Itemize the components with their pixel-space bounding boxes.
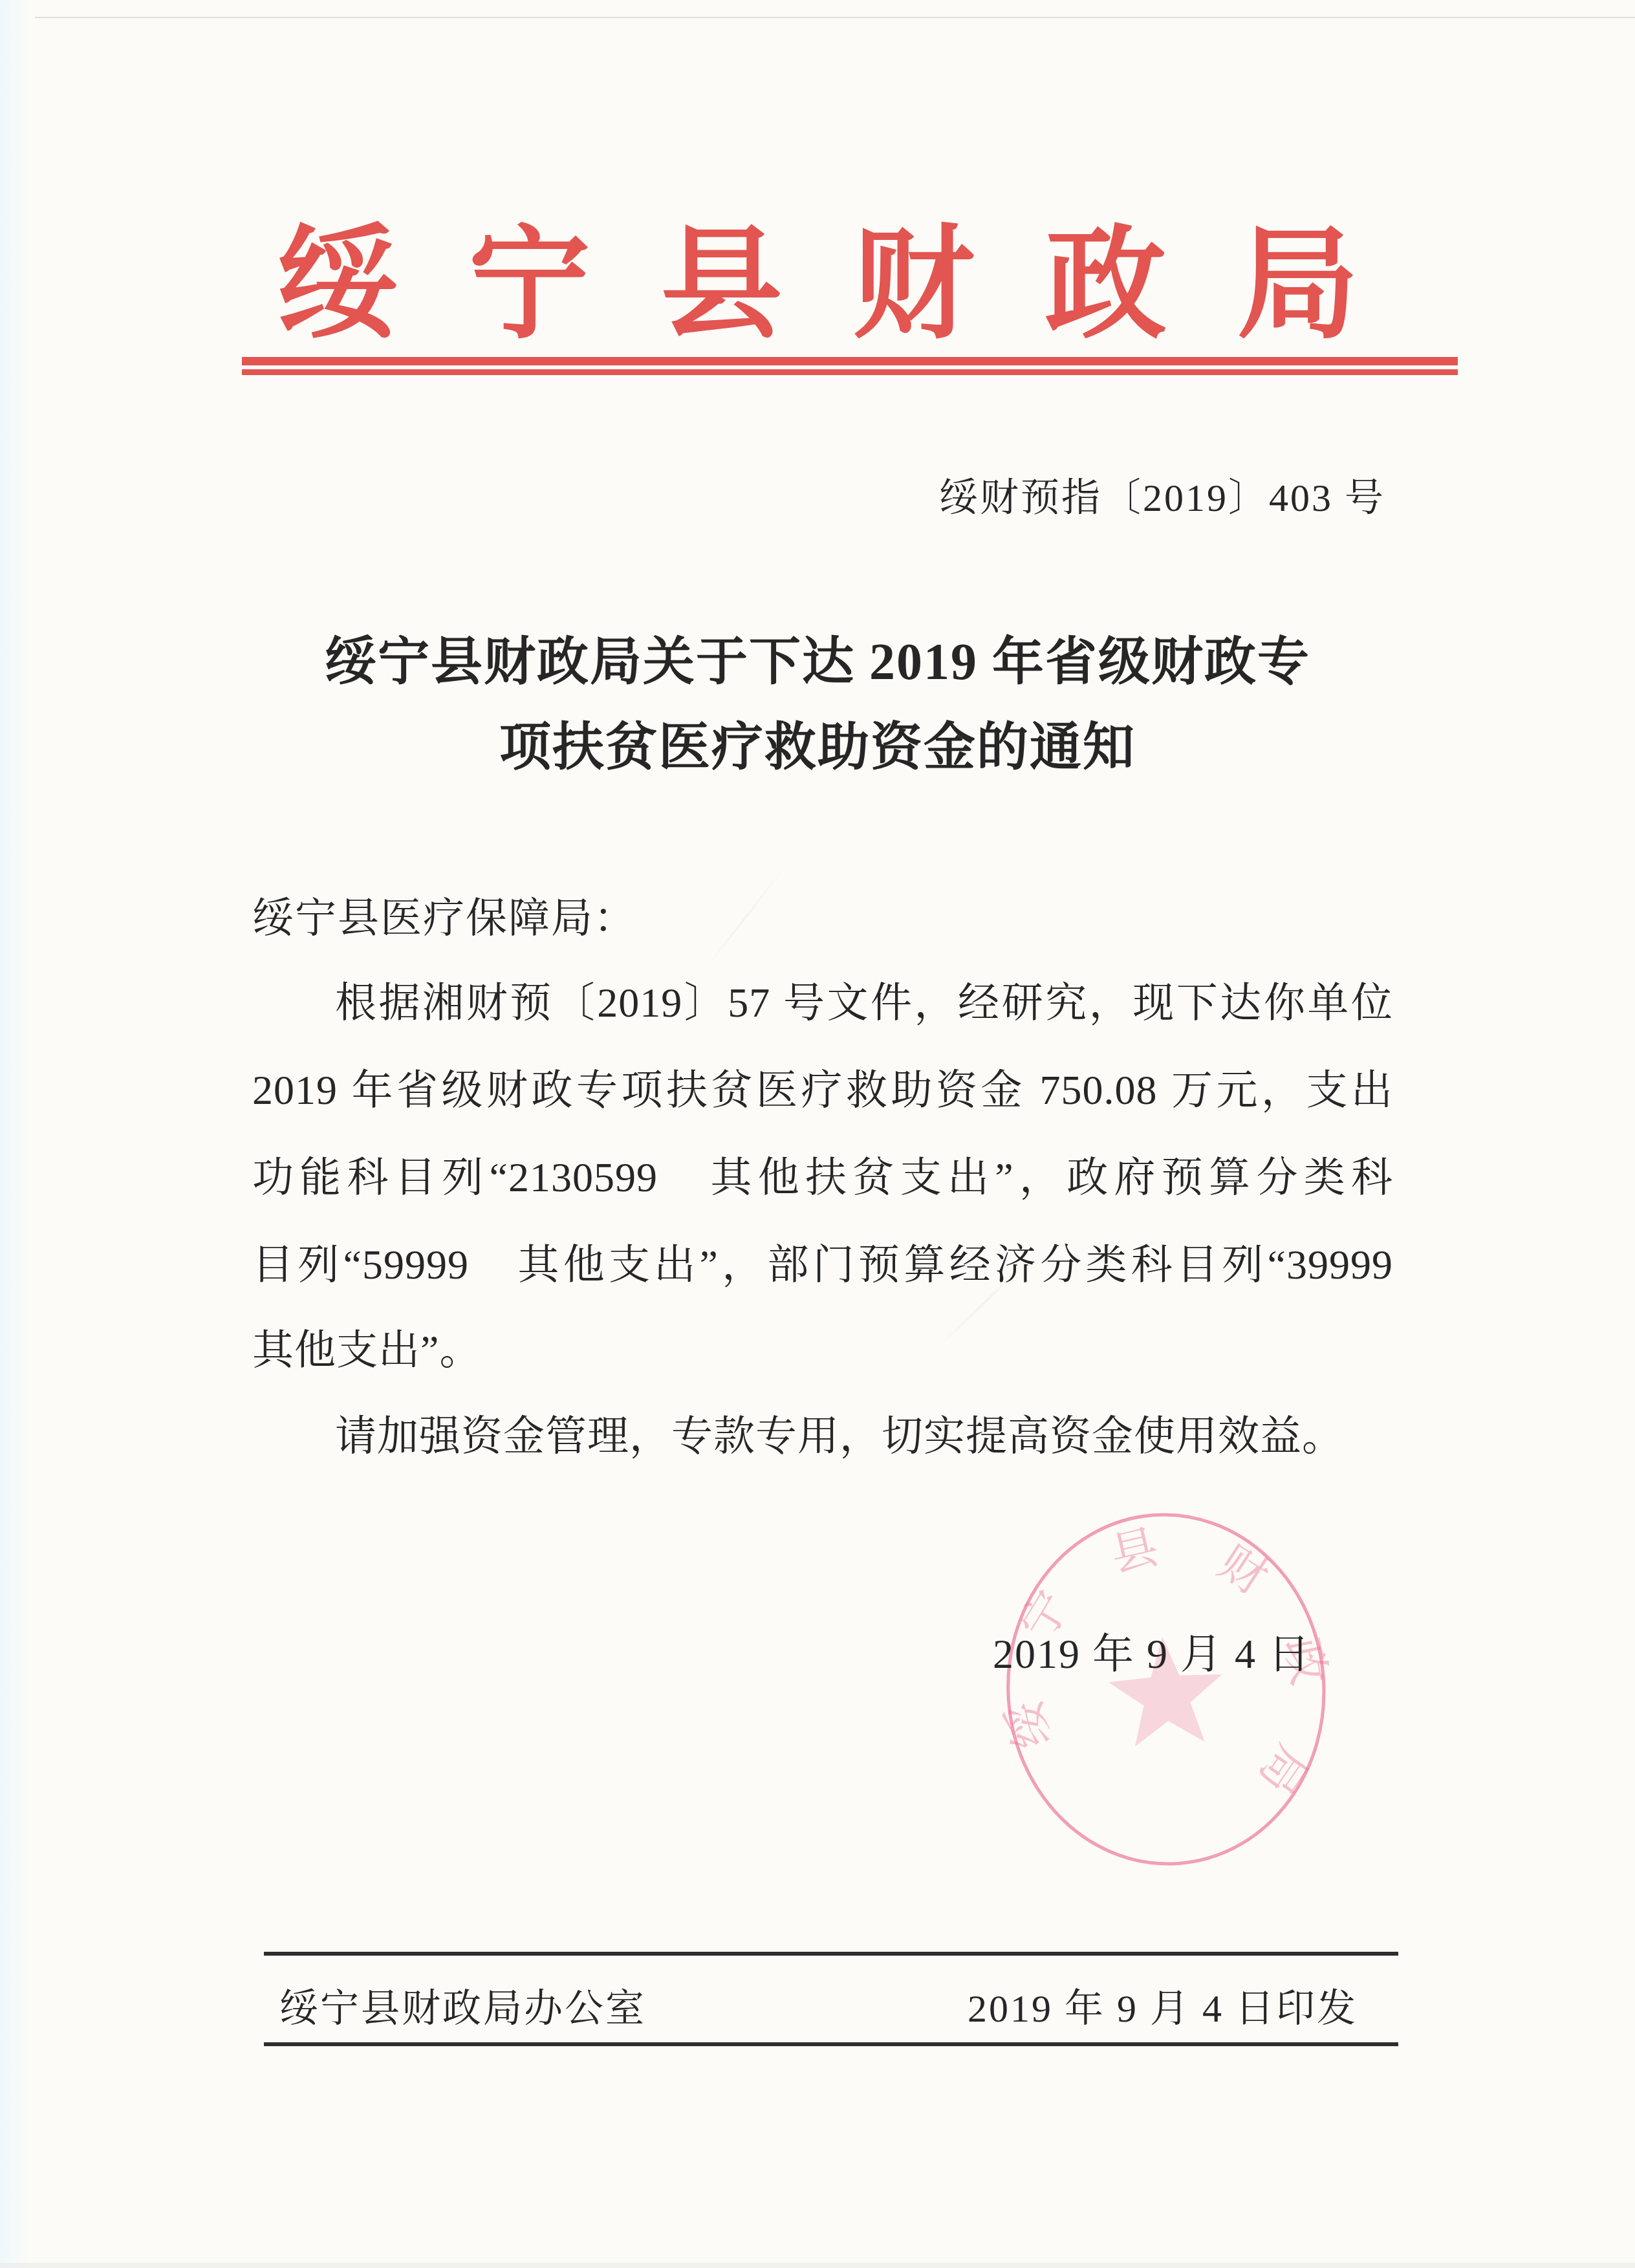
letterhead-agency-title: 绥宁县财政局 [0, 186, 1635, 361]
notice-title-line1: 绥宁县财政局关于下达 2019 年省级财政专 [0, 620, 1635, 705]
footer-rule-bottom [264, 2042, 1398, 2046]
body-paragraph2: 请加强资金管理，专款专用，切实提高资金使用效益。 [252, 1392, 1393, 1481]
notice-title: 绥宁县财政局关于下达 2019 年省级财政专 项扶贫医疗救助资金的通知 [0, 620, 1635, 790]
issue-date: 2019 年 9 月 4 日 [993, 1621, 1311, 1680]
footer-print-date: 2019 年 9 月 4 日印发 [968, 1978, 1358, 2033]
notice-title-line2: 项扶贫医疗救助资金的通知 [0, 705, 1635, 790]
document-number: 绥财预指〔2019〕403 号 [939, 467, 1385, 523]
scan-bottom-edge-artifact [0, 2263, 1635, 2268]
body-paragraph1-line1: 根据湘财预〔2019〕57 号文件，经研究，现下达你单位 [252, 958, 1393, 1048]
body-paragraph1-line5: 其他支出”。 [252, 1306, 1393, 1395]
official-seal-stamp: 绥宁县财政局 [987, 1495, 1348, 1887]
addressee: 绥宁县医疗保障局： [252, 885, 636, 944]
body-paragraph1-line3: 功能科目列“2130599 其他扶贫支出”，政府预算分类科 [252, 1133, 1393, 1222]
scan-top-edge-line [35, 17, 1635, 18]
letterhead-rule-thick [242, 357, 1458, 365]
letterhead-rule-thin [242, 369, 1458, 375]
scanned-notice-page: 绥宁县财政局 绥财预指〔2019〕403 号 绥宁县财政局关于下达 2019 年… [0, 0, 1635, 2268]
paper-crease [704, 867, 785, 969]
body-paragraph1-line4: 目列“59999 其他支出”，部门预算经济分类科目列“39999 [252, 1220, 1393, 1310]
body-paragraph1-line2: 2019 年省级财政专项扶贫医疗救助资金 750.08 万元，支出 [252, 1046, 1393, 1135]
footer-issuing-office: 绥宁县财政局办公室 [279, 1978, 646, 2033]
footer-rule-top [264, 1952, 1398, 1956]
